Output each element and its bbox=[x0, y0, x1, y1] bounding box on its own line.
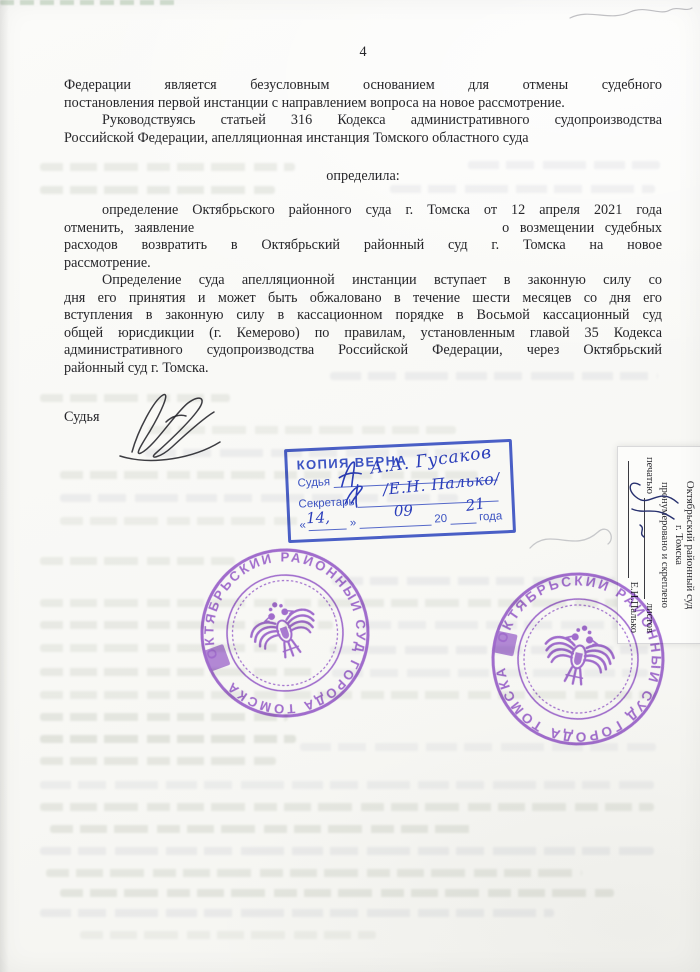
paragraph-line: вступления в законную силу в кассационно… bbox=[64, 307, 662, 325]
bleedthrough-line bbox=[40, 757, 276, 765]
paragraph-line: расходов возвратить в Октябрьский районн… bbox=[64, 237, 662, 255]
bleedthrough-line bbox=[60, 517, 303, 525]
court-seal-left: ОКТЯБРЬСКИЙ РАЙОННЫЙ СУД ГОРОДА ТОМСКА bbox=[171, 519, 399, 747]
paragraph-line: рассмотрение. bbox=[64, 255, 662, 273]
judge-signature bbox=[108, 386, 234, 480]
page-number: 4 bbox=[64, 44, 662, 62]
binding-label-court: Октябрьский районный суд bbox=[684, 447, 696, 643]
paragraph-line: дня его принятия и может быть обжаловано… bbox=[64, 290, 662, 308]
bleedthrough-line bbox=[40, 909, 554, 917]
bleedthrough-line bbox=[40, 803, 654, 811]
handwritten-month: 09 bbox=[394, 501, 414, 520]
court-seal-right: ОКТЯБРЬСКИЙ РАЙОННЫЙ СУД ГОРОДА ТОМСКА bbox=[471, 552, 684, 765]
ruling-heading: определила: bbox=[64, 168, 662, 186]
paragraph-line: Руководствуясь статьей 316 Кодекса админ… bbox=[64, 112, 662, 130]
handwritten-year: 21 bbox=[464, 494, 486, 515]
bleedthrough-line bbox=[0, 0, 180, 5]
bleedthrough-line bbox=[40, 557, 235, 565]
line-right-part: о возмещении судебных bbox=[502, 220, 662, 238]
double-headed-eagle-icon bbox=[539, 618, 619, 691]
line-left-part: отменить, заявление bbox=[64, 220, 194, 238]
scanned-page: 4 Федерации является безусловным основан… bbox=[0, 0, 700, 972]
paragraph-line: определение Октябрьского районного суда … bbox=[64, 202, 662, 220]
paragraph-line: Федерации является безусловным основание… bbox=[64, 77, 662, 95]
document-body: 4 Федерации является безусловным основан… bbox=[64, 44, 662, 427]
double-headed-eagle-icon bbox=[243, 591, 324, 667]
paragraph-line: общей юрисдикции (г. Кемерово) по правил… bbox=[64, 325, 662, 343]
paragraph-line: административного судопроизводства Росси… bbox=[64, 342, 662, 360]
bleedthrough-line bbox=[50, 825, 476, 833]
bleedthrough-line bbox=[46, 869, 582, 877]
paragraph-line: районный суд г. Томска. bbox=[64, 360, 662, 378]
bleedthrough-line bbox=[40, 781, 654, 789]
quote-close: » bbox=[350, 517, 357, 529]
pencil-scribble-top bbox=[566, 2, 696, 30]
bleedthrough-line bbox=[60, 889, 614, 897]
century: 20 bbox=[434, 513, 447, 526]
paragraph-line: постановления первой инстанции с направл… bbox=[64, 95, 662, 113]
paragraph-line-redacted: отменить, заявление о возмещении судебны… bbox=[64, 220, 662, 238]
bleedthrough-line bbox=[40, 847, 654, 855]
paragraph-line: Определение суда апелляционной инстанции… bbox=[64, 272, 662, 290]
seal-code-block bbox=[492, 630, 518, 656]
paragraph-line: Российской Федерации, апелляционная инст… bbox=[64, 130, 662, 148]
copy-stamp-judge-label: Судья bbox=[297, 476, 330, 489]
binding-label-signature bbox=[622, 473, 680, 543]
bleedthrough-line bbox=[80, 931, 376, 939]
pencil-scribble-mid bbox=[528, 516, 624, 560]
secretary-monogram-signature bbox=[341, 480, 372, 509]
